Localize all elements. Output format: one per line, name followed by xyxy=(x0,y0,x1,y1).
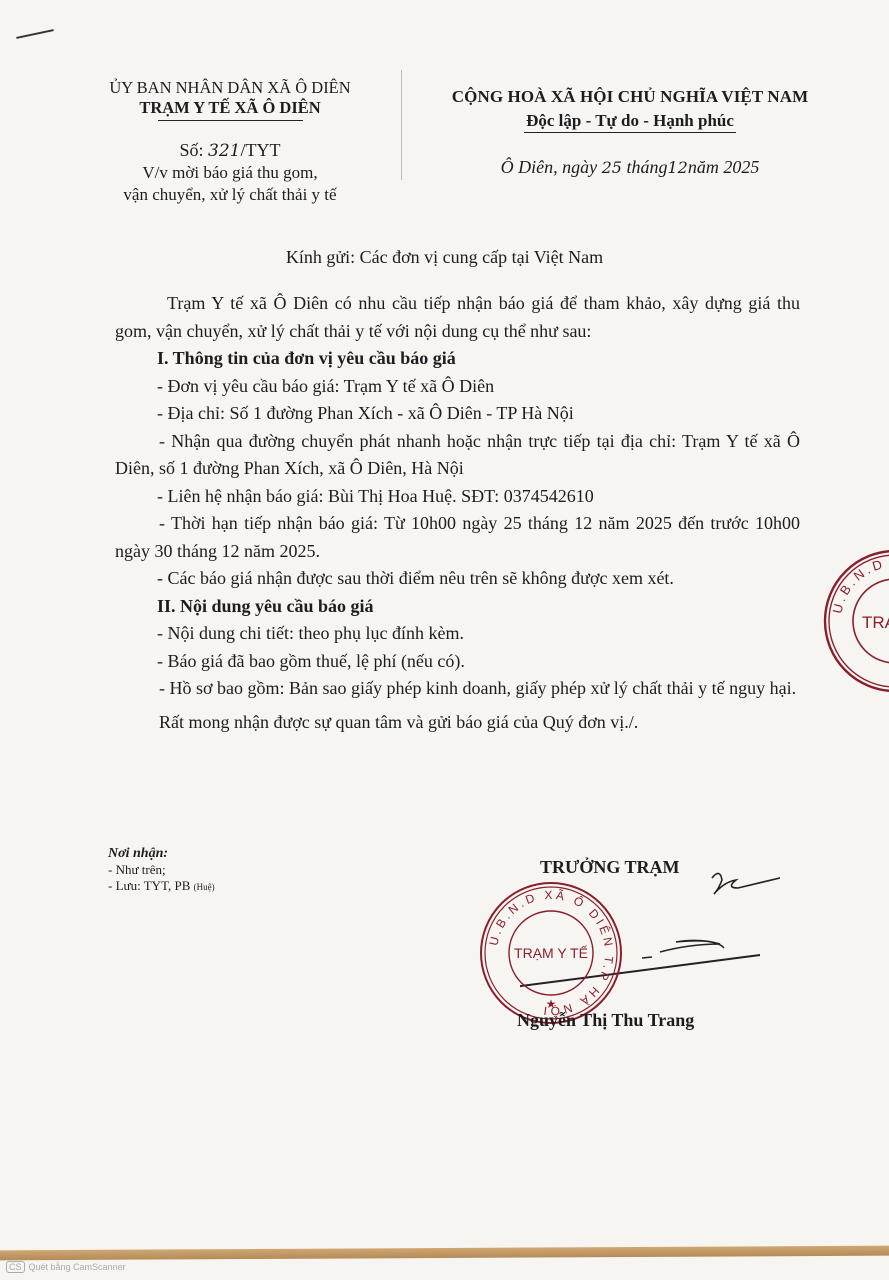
date-place: Ô Diên, ngày xyxy=(501,157,597,177)
official-stamp-icon: U.B.N.D XÃ Ô DIÊN T.P HÀ NỘI TRẠM Y TẾ ★ xyxy=(478,880,624,1026)
section-1-title: I. Thông tin của đơn vị yêu cầu báo giá xyxy=(115,345,800,373)
list-item: - Liên hệ nhận báo giá: Bùi Thị Hoa Huệ.… xyxy=(115,483,800,511)
list-item: - Nhận qua đường chuyển phát nhanh hoặc … xyxy=(115,428,800,483)
date-year: năm 2025 xyxy=(688,157,760,177)
subject-line-2: vận chuyển, xử lý chất thải y tế xyxy=(80,184,380,206)
recipient-item: - Như trên; xyxy=(108,862,215,878)
issuer-header: ỦY BAN NHÂN DÂN XÃ Ô DIÊN TRẠM Y TẾ XÃ Ô… xyxy=(80,78,380,206)
issuer-parent-org: ỦY BAN NHÂN DÂN XÃ Ô DIÊN xyxy=(80,78,380,98)
list-item: - Hồ sơ bao gồm: Bản sao giấy phép kinh … xyxy=(115,675,800,703)
list-item: - Báo giá đã bao gồm thuế, lệ phí (nếu c… xyxy=(115,648,800,676)
list-item: - Đơn vị yêu cầu báo giá: Trạm Y tế xã Ô… xyxy=(115,373,800,401)
camscanner-logo-icon: CS xyxy=(6,1261,25,1273)
date-month: 12 xyxy=(668,158,688,177)
letter-body: Trạm Y tế xã Ô Diên có nhu cầu tiếp nhận… xyxy=(115,290,800,736)
intro-paragraph: Trạm Y tế xã Ô Diên có nhu cầu tiếp nhận… xyxy=(115,290,800,345)
salutation: Kính gửi: Các đơn vị cung cấp tại Việt N… xyxy=(0,247,889,268)
recipient-item-note: (Huệ) xyxy=(194,882,215,892)
list-item: - Địa chỉ: Số 1 đường Phan Xích - xã Ô D… xyxy=(115,400,800,428)
nation-title: CỘNG HOÀ XÃ HỘI CHỦ NGHĨA VIỆT NAM xyxy=(415,85,845,109)
recipients-block: Nơi nhận: - Như trên; - Lưu: TYT, PB (Hu… xyxy=(108,846,215,895)
pen-mark xyxy=(16,29,54,39)
document-number: Số: 321/TYT xyxy=(80,139,380,162)
scanner-watermark: CSQuét bằng CamScanner xyxy=(6,1262,126,1272)
date-month-label: tháng xyxy=(626,157,667,177)
signer-name: Nguyễn Thị Thu Trang xyxy=(517,1010,694,1031)
issuer-underline xyxy=(158,120,303,121)
side-stamp-icon: U.B.N.D XÃ Ô TRẠ xyxy=(822,548,889,694)
national-header: CỘNG HOÀ XÃ HỘI CHỦ NGHĨA VIỆT NAM Độc l… xyxy=(415,85,845,180)
recipients-title: Nơi nhận: xyxy=(108,846,215,862)
date-day: 25 xyxy=(602,158,622,177)
list-item: - Thời hạn tiếp nhận báo giá: Từ 10h00 n… xyxy=(115,510,800,565)
national-motto: Độc lập - Tự do - Hạnh phúc xyxy=(524,110,736,133)
issuer-org: TRẠM Y TẾ XÃ Ô DIÊN xyxy=(80,98,380,118)
svg-text:U.B.N.D XÃ Ô: U.B.N.D XÃ Ô xyxy=(829,555,889,615)
subject-line-1: V/v mời báo giá thu gom, xyxy=(80,162,380,184)
header-divider xyxy=(401,70,402,180)
number-suffix: /TYT xyxy=(240,140,280,160)
recipient-item-text: - Lưu: TYT, PB xyxy=(108,878,190,893)
svg-text:TRẠ: TRẠ xyxy=(862,613,889,632)
scanner-text: Quét bằng CamScanner xyxy=(29,1262,126,1272)
recipient-item: - Lưu: TYT, PB (Huệ) xyxy=(108,878,215,895)
number-prefix: Số: xyxy=(180,140,204,160)
scan-edge xyxy=(0,1246,889,1261)
list-item: - Các báo giá nhận được sau thời điểm nê… xyxy=(115,565,800,593)
document-date: Ô Diên, ngày 25 tháng12năm 2025 xyxy=(415,155,845,180)
list-item: - Nội dung chi tiết: theo phụ lục đính k… xyxy=(115,620,800,648)
number-handwritten: 321 xyxy=(208,141,240,161)
section-2-title: II. Nội dung yêu cầu báo giá xyxy=(115,593,800,621)
svg-text:TRẠM Y TẾ: TRẠM Y TẾ xyxy=(514,945,588,961)
svg-text:★: ★ xyxy=(546,997,557,1011)
closing-paragraph: Rất mong nhận được sự quan tâm và gửi bá… xyxy=(115,709,800,737)
